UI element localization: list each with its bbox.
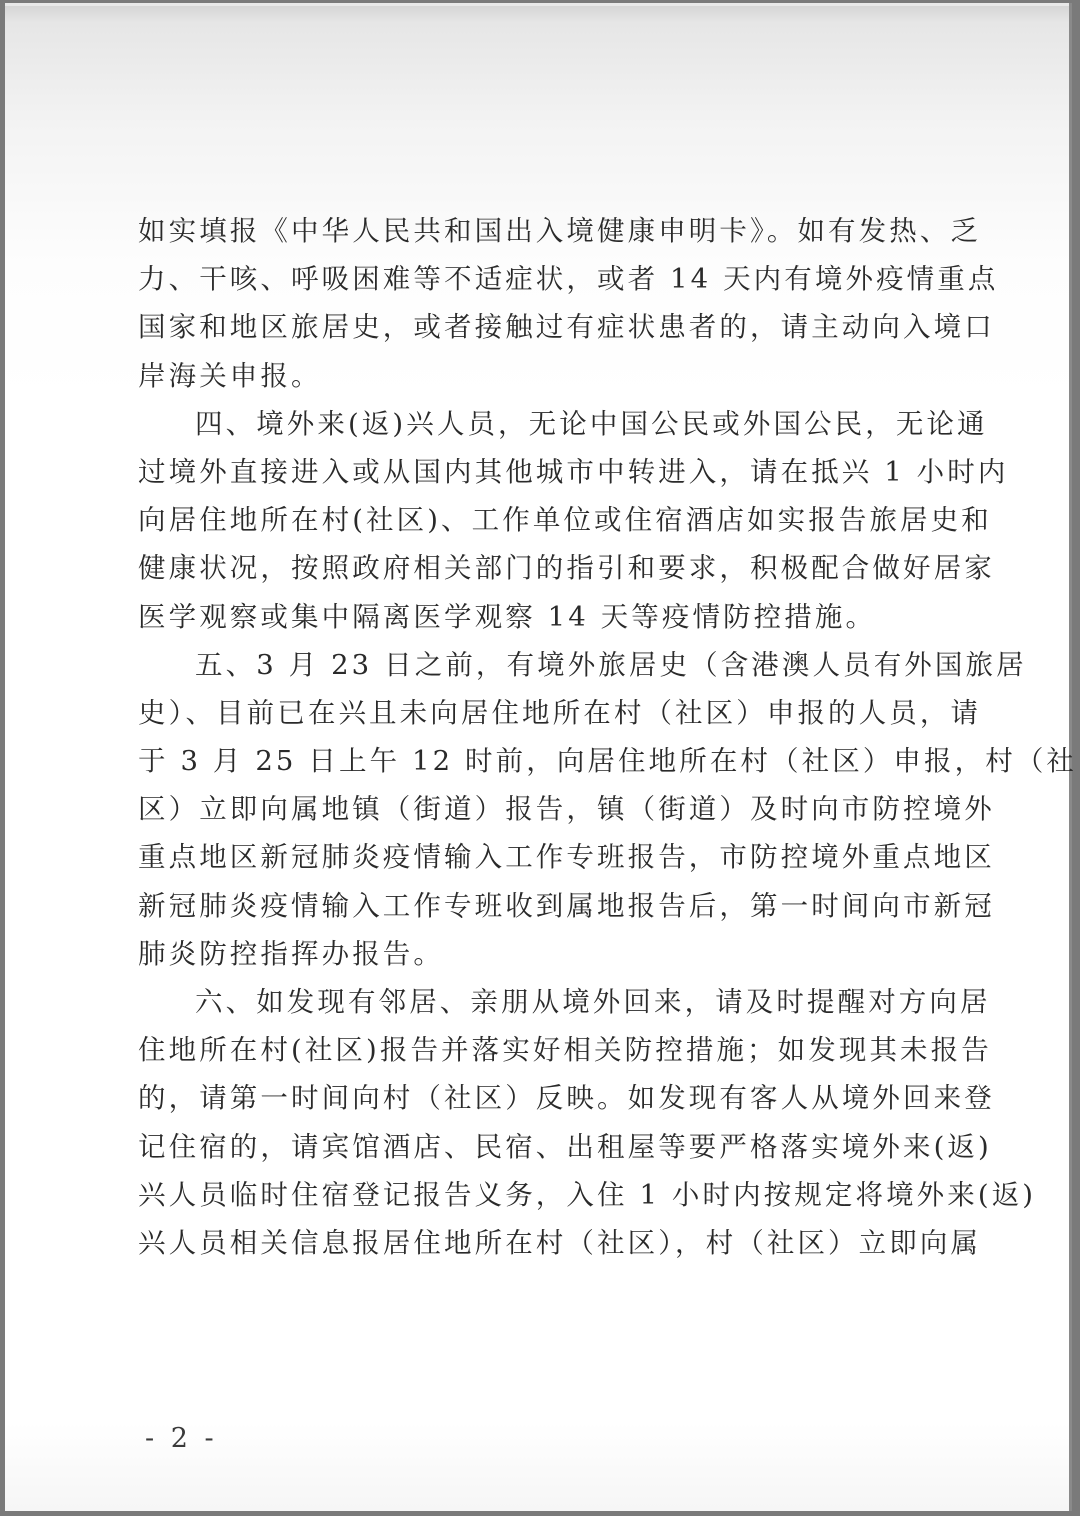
document-body: 如实填报《中华人民共和国出入境健康申明卡》。如有发热、乏 力、干咳、呼吸困难等不… — [138, 207, 944, 1267]
page-number: - 2 - — [145, 1423, 218, 1454]
text-line: 过境外直接进入或从国内其他城市中转进入，请在抵兴 1 小时内 — [138, 448, 944, 496]
text-line: 四、境外来(返)兴人员，无论中国公民或外国公民，无论通 — [138, 400, 944, 448]
paragraph-6: 六、如发现有邻居、亲朋从境外回来，请及时提醒对方向居 住地所在村(社区)报告并落… — [138, 978, 944, 1267]
text-line: 重点地区新冠肺炎疫情输入工作专班报告，市防控境外重点地区 — [138, 833, 944, 881]
text-line: 区）立即向属地镇（街道）报告，镇（街道）及时向市防控境外 — [138, 785, 944, 833]
text-line: 肺炎防控指挥办报告。 — [138, 930, 944, 978]
paragraph-3-continued: 如实填报《中华人民共和国出入境健康申明卡》。如有发热、乏 力、干咳、呼吸困难等不… — [138, 207, 944, 400]
text-line: 的，请第一时间向村（社区）反映。如发现有客人从境外回来登 — [138, 1074, 944, 1122]
text-line: 五、3 月 23 日之前，有境外旅居史（含港澳人员有外国旅居 — [138, 641, 944, 689]
text-line: 于 3 月 25 日上午 12 时前，向居住地所在村（社区）申报，村（社 — [138, 737, 944, 785]
text-line: 国家和地区旅居史，或者接触过有症状患者的，请主动向入境口 — [138, 303, 944, 351]
text-line: 兴人员相关信息报居住地所在村（社区），村（社区）立即向属 — [138, 1219, 944, 1267]
text-line: 住地所在村(社区)报告并落实好相关防控措施；如发现其未报告 — [138, 1026, 944, 1074]
paragraph-5: 五、3 月 23 日之前，有境外旅居史（含港澳人员有外国旅居 史）、目前已在兴且… — [138, 641, 944, 978]
text-line: 史）、目前已在兴且未向居住地所在村（社区）申报的人员，请 — [138, 689, 944, 737]
text-line: 如实填报《中华人民共和国出入境健康申明卡》。如有发热、乏 — [138, 207, 944, 255]
text-line: 六、如发现有邻居、亲朋从境外回来，请及时提醒对方向居 — [138, 978, 944, 1026]
text-line: 兴人员临时住宿登记报告义务，入住 1 小时内按规定将境外来(返) — [138, 1171, 944, 1219]
document-page: 如实填报《中华人民共和国出入境健康申明卡》。如有发热、乏 力、干咳、呼吸困难等不… — [5, 3, 1072, 1511]
text-line: 记住宿的，请宾馆酒店、民宿、出租屋等要严格落实境外来(返) — [138, 1123, 944, 1171]
paragraph-4: 四、境外来(返)兴人员，无论中国公民或外国公民，无论通 过境外直接进入或从国内其… — [138, 400, 944, 641]
text-line: 健康状况，按照政府相关部门的指引和要求，积极配合做好居家 — [138, 544, 944, 592]
text-line: 向居住地所在村(社区)、工作单位或住宿酒店如实报告旅居史和 — [138, 496, 944, 544]
text-line: 岸海关申报。 — [138, 352, 944, 400]
text-line: 力、干咳、呼吸困难等不适症状，或者 14 天内有境外疫情重点 — [138, 255, 944, 303]
text-line: 新冠肺炎疫情输入工作专班收到属地报告后，第一时间向市新冠 — [138, 882, 944, 930]
page-top-edge — [5, 3, 1069, 6]
text-line: 医学观察或集中隔离医学观察 14 天等疫情防控措施。 — [138, 593, 944, 641]
